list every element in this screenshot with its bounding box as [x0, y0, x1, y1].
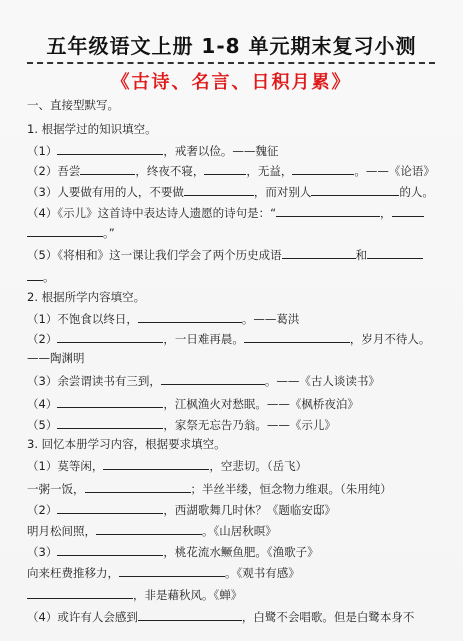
q1-item-4: （4）《示儿》这首诗中表达诗人遗愿的诗句是：“，: [27, 204, 424, 221]
question-3-heading: 3. 回忆本册学习内容，根据要求填空。: [27, 436, 226, 452]
item-prefix: （5）: [27, 418, 57, 432]
answer-blank[interactable]: [57, 330, 163, 343]
answer-blank[interactable]: [138, 608, 242, 621]
item-prefix: （4）《示儿》这首诗中表达诗人遗愿的诗句是：“: [27, 206, 276, 220]
item-text: ，家祭无忘告乃翁。——《示儿》: [163, 418, 336, 432]
q2-item-2-author: ——陶渊明: [27, 350, 85, 366]
question-2-heading: 2. 根据所学内容填空。: [27, 289, 145, 305]
q3-item-3c: ，非是藉秋风。《蝉》: [27, 586, 242, 603]
answer-blank[interactable]: [57, 543, 163, 556]
q3-item-1: （1）莫等闲，，空悲切。（岳飞）: [27, 457, 307, 474]
item-prefix: （4）或许有人会感到: [27, 610, 138, 624]
item-prefix: （2）: [27, 503, 57, 517]
q1-item-5-continued: 。: [27, 268, 55, 285]
answer-blank[interactable]: [80, 162, 135, 175]
item-prefix: （1）: [27, 144, 57, 158]
item-prefix: （1）不饱食以终日，: [27, 312, 138, 326]
item-text: ，非是藉秋风。《蝉》: [133, 588, 242, 602]
answer-blank[interactable]: [292, 162, 354, 175]
section-heading: 一、直接型默写。: [27, 97, 119, 113]
item-prefix: （3）人要做有用的人，不要做: [27, 185, 184, 199]
item-text: ，戒奢以俭。——魏征: [163, 144, 278, 158]
q3-item-2: （2），西湖歌舞几时休？《题临安邸》: [27, 501, 336, 518]
q3-item-1b: 一粥一饭，；半丝半缕，恒念物力维艰。（朱用纯）: [27, 480, 392, 497]
q1-item-3: （3）人要做有用的人，不要做，而对别人的人。: [27, 183, 434, 200]
q1-item-2: （2）吾尝，终夜不寝，，无益，。——《论语》: [27, 162, 435, 179]
answer-blank[interactable]: [367, 246, 423, 259]
answer-blank[interactable]: [161, 372, 265, 385]
item-text: 的人。: [399, 185, 434, 199]
item-prefix: （3）余尝谓读书有三到，: [27, 374, 161, 388]
item-prefix: （1）莫等闲，: [27, 459, 103, 473]
item-text: ；半丝半缕，恒念物力维艰。（朱用纯）: [191, 482, 392, 496]
item-text: ，而对别人: [254, 185, 312, 199]
item-text: ，: [380, 206, 392, 220]
answer-blank[interactable]: [57, 501, 163, 514]
page-title: 五年级语文上册 1-8 单元期末复习小测: [0, 30, 463, 59]
answer-blank[interactable]: [27, 224, 103, 237]
item-text: 。——葛洪: [242, 312, 300, 326]
answer-blank[interactable]: [244, 330, 350, 343]
item-text: ，空悲切。（岳飞）: [209, 459, 307, 473]
q3-item-3b: 向来枉费推移力，。《观书有感》: [27, 564, 300, 581]
item-prefix: （4）: [27, 397, 57, 411]
q2-item-4: （4），江枫渔火对愁眠。——《枫桥夜泊》: [27, 395, 359, 412]
item-text: ，桃花流水鳜鱼肥。《渔歌子》: [163, 545, 318, 559]
answer-blank[interactable]: [27, 268, 43, 281]
answer-blank[interactable]: [57, 142, 163, 155]
q3-item-2b: 明月松间照，。《山居秋暝》: [27, 522, 277, 539]
item-prefix: 一粥一饭，: [27, 482, 85, 496]
item-text: 。《观书有感》: [225, 566, 300, 580]
item-text: ，无益，: [246, 164, 292, 178]
q2-item-1: （1）不饱食以终日，。——葛洪: [27, 310, 299, 327]
answer-blank[interactable]: [27, 586, 133, 599]
item-text: ，白鹭不会唱歌。但是白鹭本身不: [242, 610, 415, 624]
answer-blank[interactable]: [57, 395, 163, 408]
answer-blank[interactable]: [276, 204, 380, 217]
q1-item-5: （5）《将相和》这一课让我们学会了两个历史成语和: [27, 246, 423, 263]
item-text: ，西湖歌舞几时休？《题临安邸》: [163, 503, 336, 517]
item-text: 和: [356, 248, 368, 262]
q2-item-2: （2），一日难再晨。，岁月不待人。: [27, 330, 430, 347]
answer-blank[interactable]: [311, 183, 399, 196]
worksheet-page: 五年级语文上册 1-8 单元期末复习小测 《古诗、名言、日积月累》 一、直接型默…: [0, 0, 463, 641]
item-prefix: （2）: [27, 332, 57, 346]
q3-item-3: （3），桃花流水鳜鱼肥。《渔歌子》: [27, 543, 319, 560]
question-1-heading: 1. 根据学过的知识填空。: [27, 121, 157, 137]
answer-blank[interactable]: [57, 416, 163, 429]
q1-item-4-continued: 。”: [27, 224, 115, 241]
item-text: ，终夜不寝，: [135, 164, 204, 178]
item-text: ，一日难再晨。: [163, 332, 244, 346]
item-prefix: （2）吾尝: [27, 164, 80, 178]
answer-blank[interactable]: [85, 480, 191, 493]
q2-item-3: （3）余尝谓读书有三到，。——《古人谈读书》: [27, 372, 380, 389]
answer-blank[interactable]: [204, 162, 246, 175]
item-text: 。——《论语》: [354, 164, 435, 178]
item-prefix: （5）《将相和》这一课让我们学会了两个历史成语: [27, 248, 282, 262]
item-prefix: 明月松间照，: [27, 524, 96, 538]
item-prefix: 向来枉费推移力，: [27, 566, 119, 580]
item-text: ，江枫渔火对愁眠。——《枫桥夜泊》: [163, 397, 359, 411]
q3-item-4: （4）或许有人会感到，白鹭不会唱歌。但是白鹭本身不: [27, 608, 414, 625]
answer-blank[interactable]: [282, 246, 356, 259]
item-text: 。: [43, 270, 55, 284]
item-text: 。《山居秋暝》: [202, 524, 277, 538]
page-subtitle: 《古诗、名言、日积月累》: [0, 68, 463, 94]
answer-blank[interactable]: [138, 310, 242, 323]
dashed-divider: [27, 62, 435, 64]
answer-blank[interactable]: [96, 522, 202, 535]
item-text: 。——《古人谈读书》: [265, 374, 380, 388]
answer-blank[interactable]: [392, 204, 424, 217]
answer-blank[interactable]: [184, 183, 254, 196]
q2-item-5: （5），家祭无忘告乃翁。——《示儿》: [27, 416, 336, 433]
item-prefix: （3）: [27, 545, 57, 559]
answer-blank[interactable]: [103, 457, 209, 470]
item-text: 。”: [103, 226, 115, 240]
q1-item-1: （1），戒奢以俭。——魏征: [27, 142, 278, 159]
answer-blank[interactable]: [119, 564, 225, 577]
item-text: ，岁月不待人。: [350, 332, 431, 346]
